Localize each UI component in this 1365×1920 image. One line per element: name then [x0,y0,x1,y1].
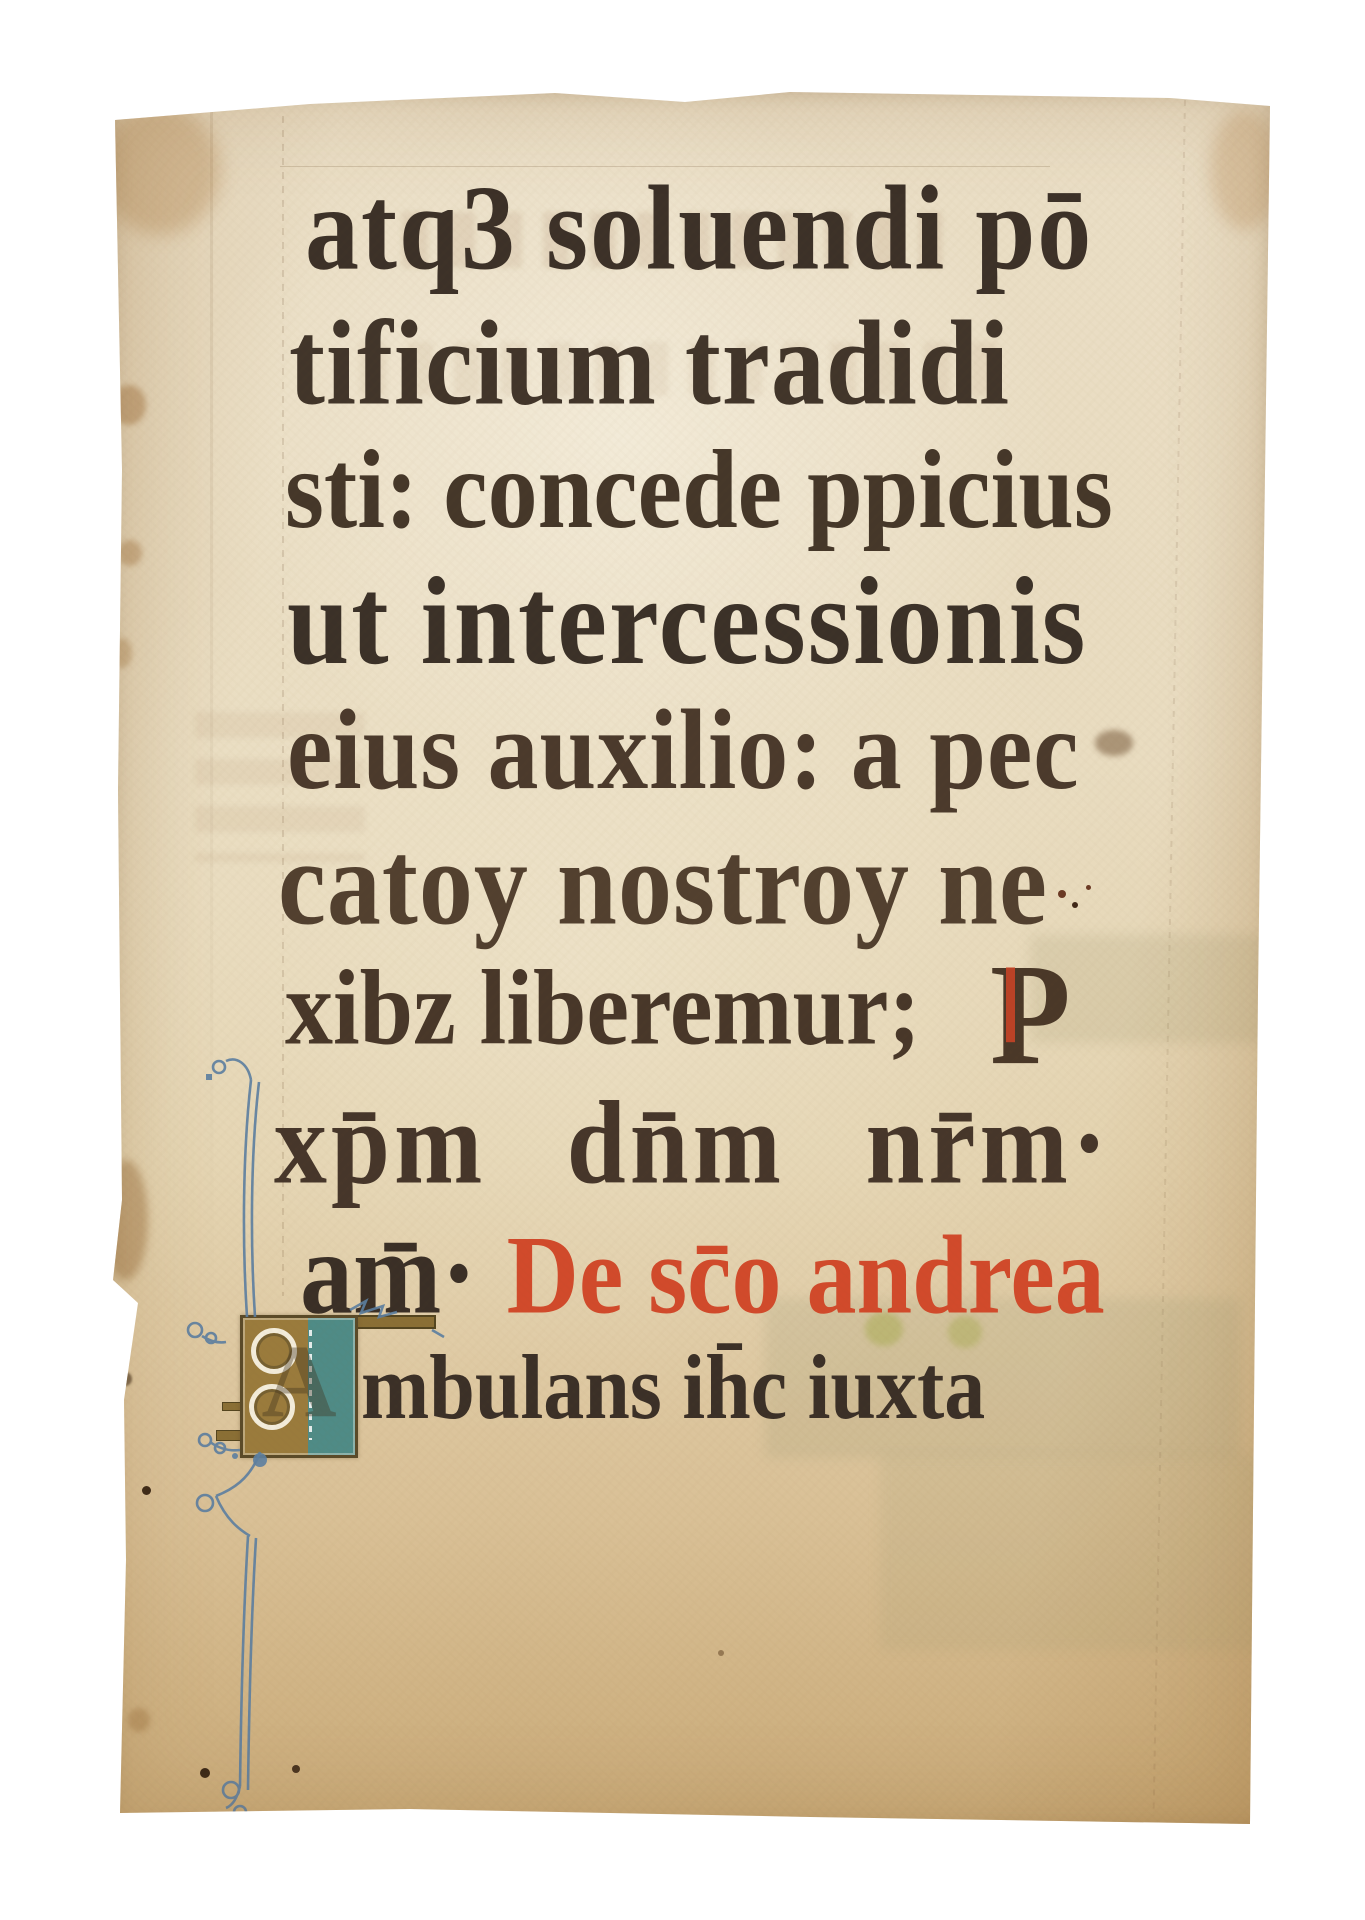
line-text: xp̄m dn̄m nr̄m· [274,1077,1111,1208]
initial-letter: A [243,1322,355,1441]
manuscript-photo: atq3 soluendi pō tificium tradidi sti: c… [0,0,1365,1920]
line-text: xibz liberemur; [285,947,920,1067]
versal-red-accent [1006,967,1015,1042]
stain [118,540,142,566]
initial-foot [222,1402,242,1411]
ink-speck [142,1486,151,1495]
text-line-8: xp̄m dn̄m nr̄m· [274,1075,1111,1212]
right-ruling-line [1153,100,1186,1816]
vertical-crease [210,110,213,1260]
text-line-10: mbulans ih̄c iuxta [361,1335,985,1440]
stain [112,385,146,425]
stain [128,1708,150,1732]
text-line-7: xibz liberemur; [285,945,920,1069]
text-line-5: eius auxilio: a pec [287,685,1080,816]
illuminated-initial-A: A [240,1315,358,1458]
line-text: eius auxilio: a pec [287,687,1080,814]
versal-letter-P: P [990,930,1071,1098]
line-text: tificium tradidi [289,297,1010,430]
ink-speck [718,1650,724,1656]
line-text: catoy nostroy ne [278,817,1048,950]
ink-speck [1086,885,1091,890]
rubric-text: De sc̄o andrea [507,1213,1105,1337]
line-text: sti: concede ppicius [285,427,1113,551]
ink-speck [1058,890,1066,898]
line-text: mbulans ih̄c iuxta [361,1336,985,1438]
line-text: ut intercessionis [287,552,1087,691]
text-line-4: ut intercessionis [287,550,1087,694]
show-through-panel [880,1455,1300,1650]
ink-speck [1072,902,1078,908]
ink-speck [200,1768,210,1778]
versal-text: P [990,933,1071,1095]
text-line-2: tificium tradidi [289,295,1010,434]
stain [1210,110,1280,230]
stain [104,1160,148,1280]
text-line-6: catoy nostroy ne [278,815,1048,954]
text-line-3: sti: concede ppicius [285,425,1113,554]
stain [118,1372,132,1386]
text-line-1: atq3 soluendi pō [305,160,1093,299]
ink-speck [292,1765,300,1773]
manuscript-leaf: atq3 soluendi pō tificium tradidi sti: c… [110,90,1272,1830]
stain [1095,730,1133,756]
ink-speck [1256,1242,1265,1251]
line-text: atq3 soluendi pō [305,162,1093,295]
stain [100,105,220,235]
stain [112,638,132,668]
